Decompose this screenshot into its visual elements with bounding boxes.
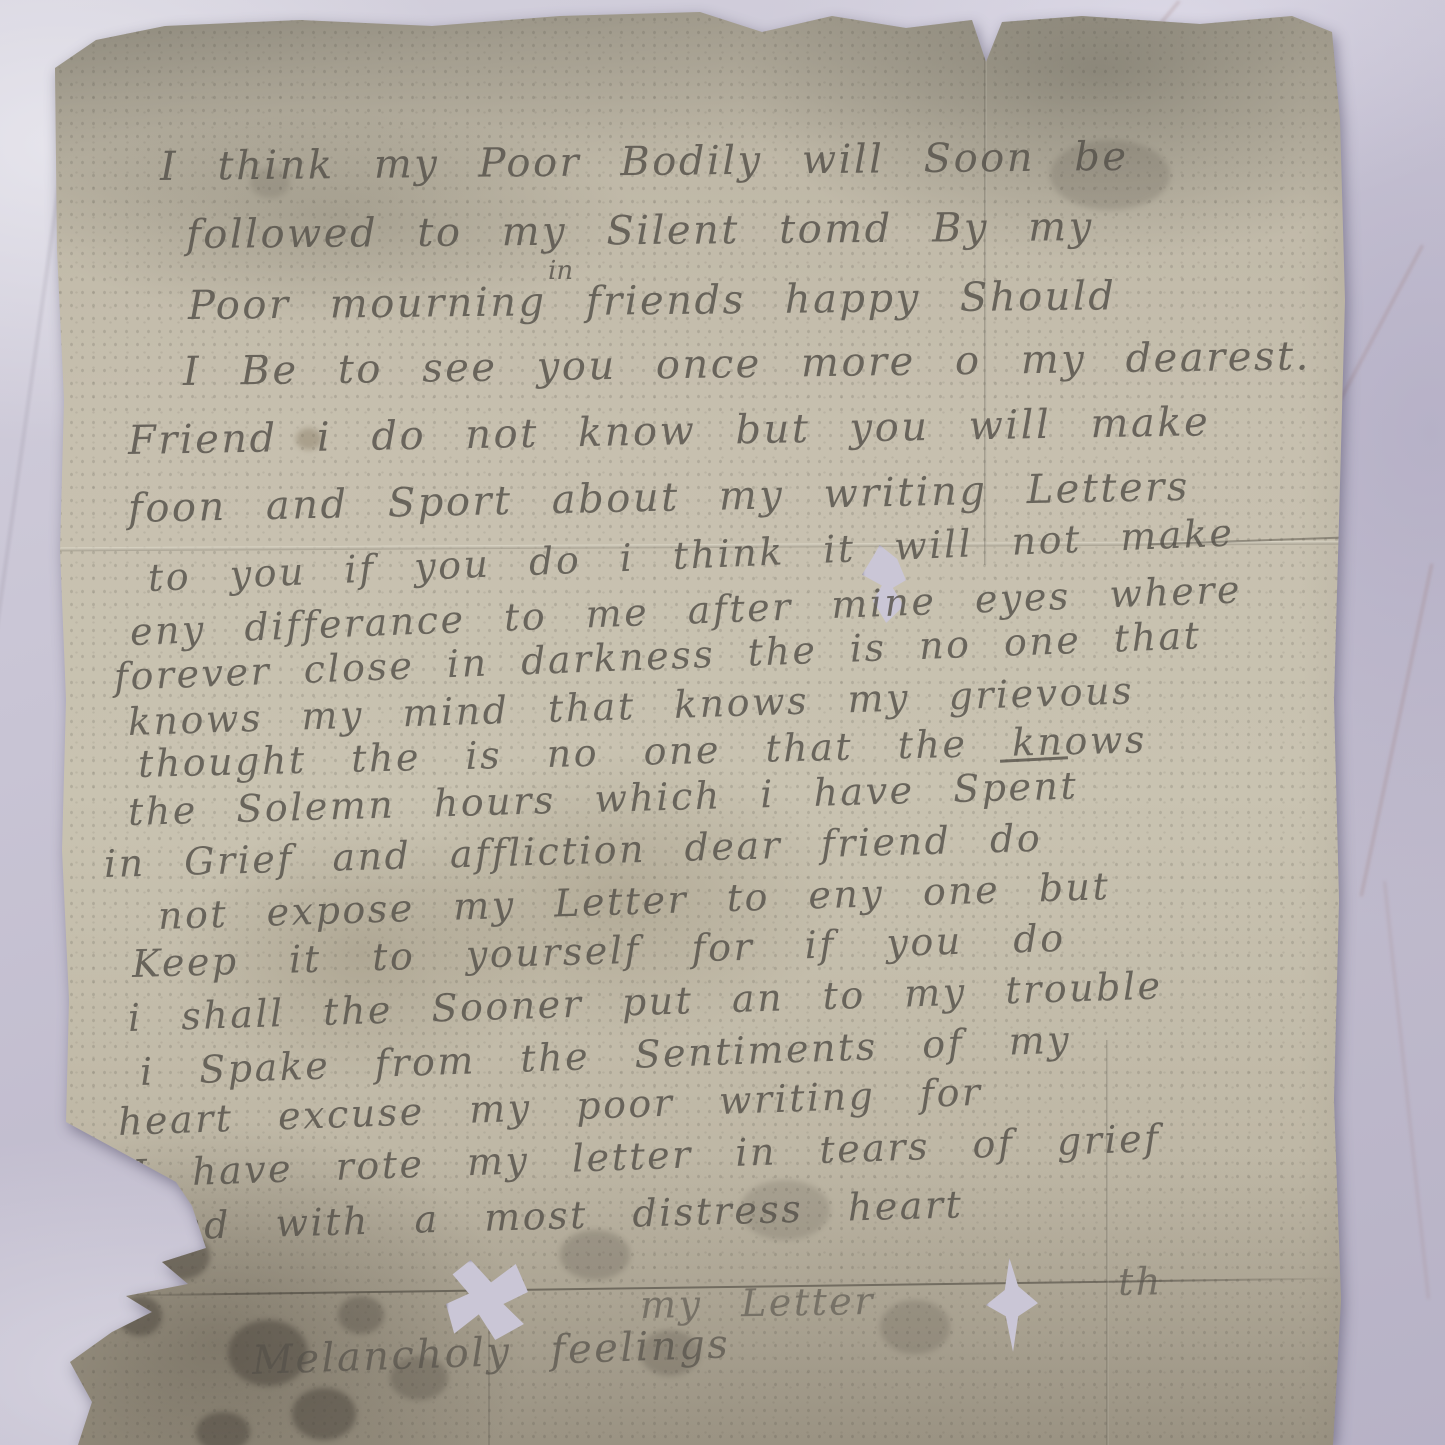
letter-line: Friend i do not know but you will make <box>128 399 1211 464</box>
letter-line: Melancholy feelings <box>251 1321 731 1384</box>
letter-line: and with a most distress heart <box>151 1182 963 1249</box>
letter-photo: in I think my Poor Bodily will Soon befo… <box>0 0 1445 1445</box>
letter-line: th <box>1118 1259 1164 1304</box>
handwritten-text: in I think my Poor Bodily will Soon befo… <box>0 0 1445 1445</box>
letter-line: I think my Poor Bodily will Soon be <box>160 134 1129 190</box>
letter-line: my Letter <box>640 1279 876 1327</box>
letter-line: followed to my Silent tomd By my <box>186 204 1094 258</box>
letter-line: Poor mourning friends happy Should <box>188 273 1117 329</box>
letter-line: I Be to see you once more o my dearest. <box>183 333 1311 395</box>
letter-paper: in I think my Poor Bodily will Soon befo… <box>0 0 1445 1445</box>
